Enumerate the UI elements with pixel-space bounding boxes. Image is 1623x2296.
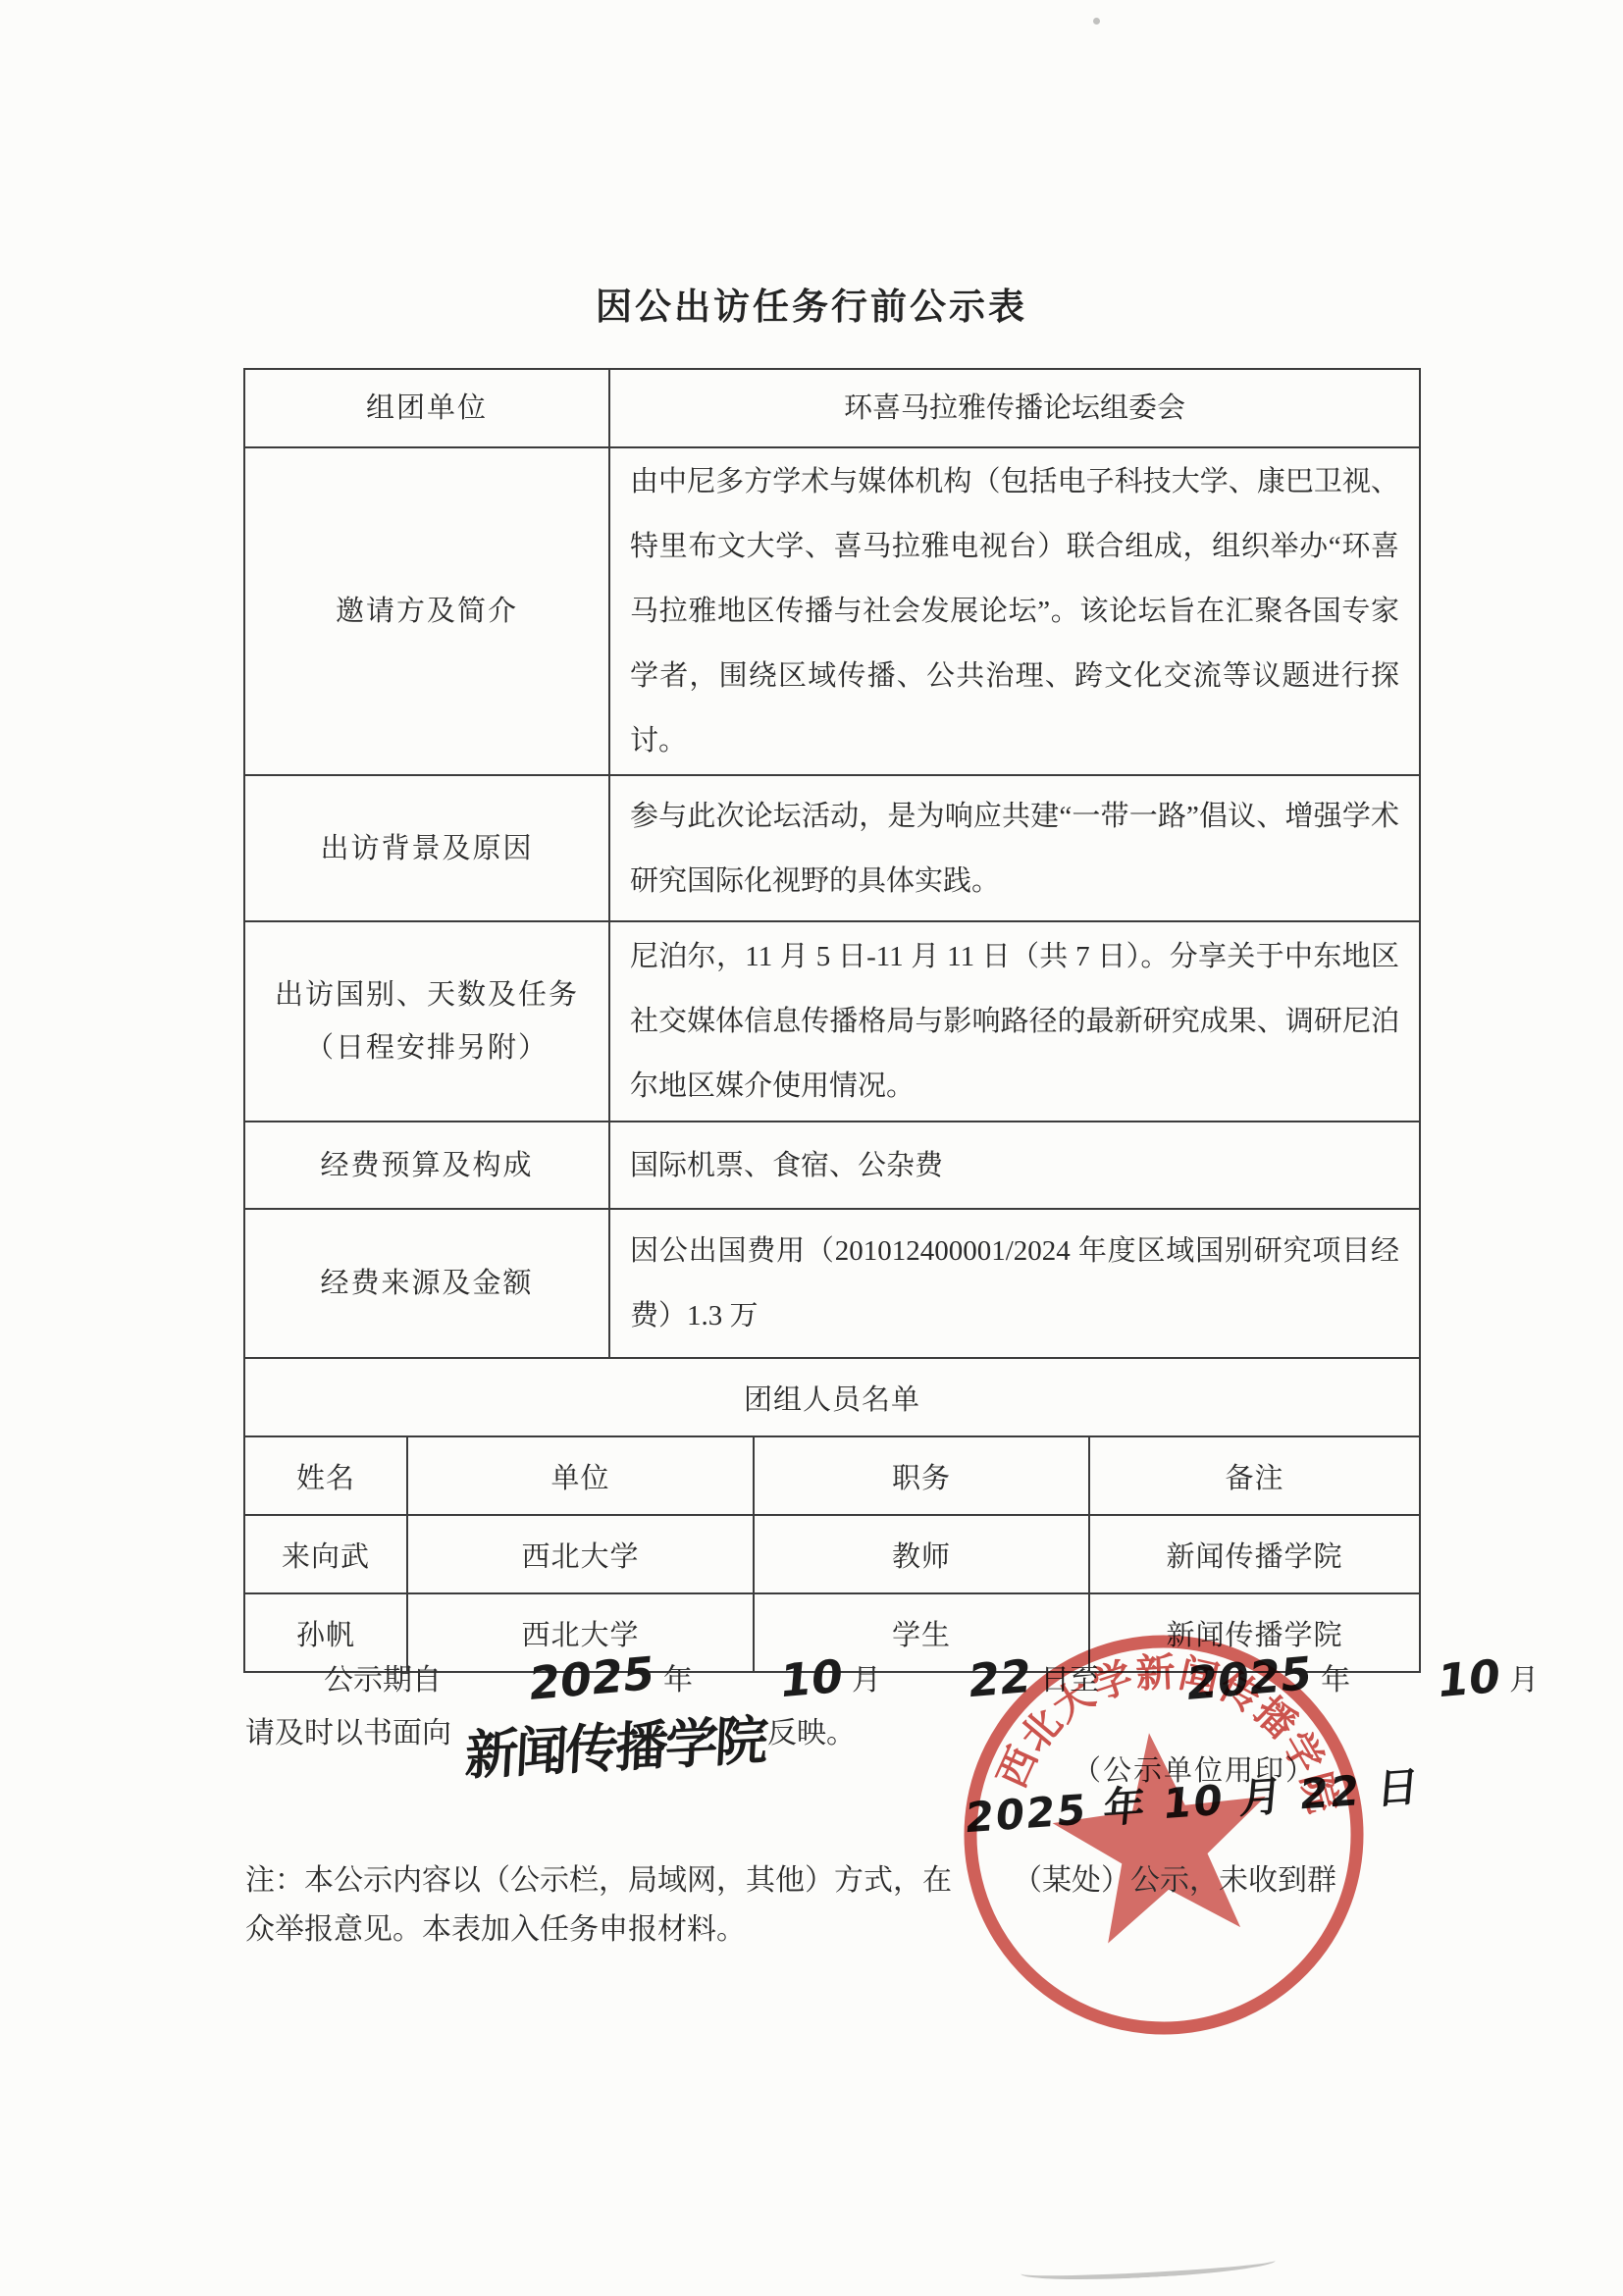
field-value-background: 参与此次论坛活动，是为响应共建“一带一路”倡议、增强学术研究国际化视野的具体实践… <box>609 775 1420 921</box>
scanned-document-page: 因公出访任务行前公示表 组团单位 环喜马拉雅传播论坛组委会 邀请方及简介 由中尼… <box>0 0 1623 2296</box>
field-value-group-unit: 环喜马拉雅传播论坛组委会 <box>609 369 1420 447</box>
table-row: 组团单位 环喜马拉雅传播论坛组委会 <box>244 369 1420 447</box>
field-value-funding: 因公出国费用（201012400001/2024 年度区域国别研究项目经费）1.… <box>609 1209 1420 1358</box>
roster-header-row: 姓名 单位 职务 备注 <box>244 1436 1420 1515</box>
year-label: 年 <box>1321 1664 1350 1696</box>
handwritten-start-month: 10 <box>700 1652 845 1710</box>
table-row: 经费预算及构成 国际机票、食宿、公杂费 <box>244 1122 1420 1209</box>
field-value-budget: 国际机票、食宿、公杂费 <box>609 1122 1420 1209</box>
field-value-inviter: 由中尼多方学术与媒体机构（包括电子科技大学、康巴卫视、特里布文大学、喜马拉雅电视… <box>609 447 1420 775</box>
field-label-inviter: 邀请方及简介 <box>244 447 609 775</box>
month-label: 月 <box>1509 1664 1539 1696</box>
field-label-destination: 出访国别、天数及任务 （日程安排另附） <box>244 921 609 1122</box>
roster-table: 团组人员名单 姓名 单位 职务 备注 来向武 西北大学 教师 新闻传播学院 孙帆… <box>243 1357 1421 1673</box>
year-label: 年 <box>663 1664 693 1696</box>
field-label-group-unit: 组团单位 <box>244 369 609 447</box>
table-row: 邀请方及简介 由中尼多方学术与媒体机构（包括电子科技大学、康巴卫视、特里布文大学… <box>244 447 1420 775</box>
page-title: 因公出访任务行前公示表 <box>0 277 1623 330</box>
footnote-line2: 众举报意见。本表加入任务申报材料。 <box>245 1905 1452 1955</box>
roster-row: 来向武 西北大学 教师 新闻传播学院 <box>244 1515 1420 1593</box>
handwritten-school-name: 新闻传播学院 <box>464 1714 766 1783</box>
table-row: 团组人员名单 <box>244 1358 1420 1436</box>
notice-form: 组团单位 环喜马拉雅传播论坛组委会 邀请方及简介 由中尼多方学术与媒体机构（包括… <box>243 368 1419 1673</box>
footnote-line1a: 注：本公示内容以（公示栏，局域网，其他）方式，在 <box>245 1864 952 1897</box>
footnote-line1b: （某处）公示，未收到群 <box>1013 1864 1336 1897</box>
notice-line2-suffix: 反映。 <box>767 1717 856 1749</box>
handwritten-start-year: 2025 <box>448 1650 655 1714</box>
handwritten-stamp-date: 2025 年 10 月 22 日 <box>965 1782 1421 1823</box>
scan-artifact-dot <box>1093 18 1100 25</box>
field-label-budget: 经费预算及构成 <box>244 1122 609 1209</box>
member-name: 来向武 <box>244 1515 407 1593</box>
field-label-line2: （日程安排另附） <box>246 1021 607 1074</box>
member-position: 教师 <box>754 1515 1089 1593</box>
table-row: 经费来源及金额 因公出国费用（201012400001/2024 年度区域国别研… <box>244 1209 1420 1358</box>
column-header-unit: 单位 <box>407 1436 754 1515</box>
day-to-label: 日至 <box>1040 1664 1099 1696</box>
roster-section-title: 团组人员名单 <box>244 1358 1420 1436</box>
field-value-destination: 尼泊尔，11 月 5 日-11 月 11 日（共 7 日）。分享关于中东地区社交… <box>609 921 1420 1122</box>
table-row: 出访国别、天数及任务 （日程安排另附） 尼泊尔，11 月 5 日-11 月 11… <box>244 921 1420 1122</box>
handwritten-end-month: 10 <box>1357 1652 1502 1710</box>
column-header-note: 备注 <box>1089 1436 1420 1515</box>
notice-prefix: 公示期自 <box>324 1664 442 1696</box>
handwritten-end-day: 28 <box>1545 1652 1623 1710</box>
member-unit: 西北大学 <box>407 1515 754 1593</box>
handwritten-start-day: 22 <box>888 1652 1033 1710</box>
publicity-period-line1: 公示期自2025年10月22日至2025年10月28日，如有举报意见， <box>245 1654 1501 1707</box>
field-label-funding: 经费来源及金额 <box>244 1209 609 1358</box>
field-label-background: 出访背景及原因 <box>244 775 609 921</box>
scan-artifact-edge <box>1021 2250 1277 2284</box>
footnote-line1: 注：本公示内容以（公示栏，局域网，其他）方式，在（某处）公示，未收到群 <box>245 1856 1452 1905</box>
table-row: 出访背景及原因 参与此次论坛活动，是为响应共建“一带一路”倡议、增强学术研究国际… <box>244 775 1420 921</box>
notice-line2-prefix: 请及时以书面向 <box>245 1717 451 1749</box>
column-header-name: 姓名 <box>244 1436 407 1515</box>
field-label-line1: 出访国别、天数及任务 <box>246 968 607 1021</box>
handwritten-end-year: 2025 <box>1106 1650 1313 1714</box>
footnote: 注：本公示内容以（公示栏，局域网，其他）方式，在（某处）公示，未收到群 众举报意… <box>245 1856 1452 1955</box>
form-table: 组团单位 环喜马拉雅传播论坛组委会 邀请方及简介 由中尼多方学术与媒体机构（包括… <box>243 368 1421 1359</box>
month-label: 月 <box>852 1664 881 1696</box>
member-note: 新闻传播学院 <box>1089 1515 1420 1593</box>
column-header-position: 职务 <box>754 1436 1089 1515</box>
